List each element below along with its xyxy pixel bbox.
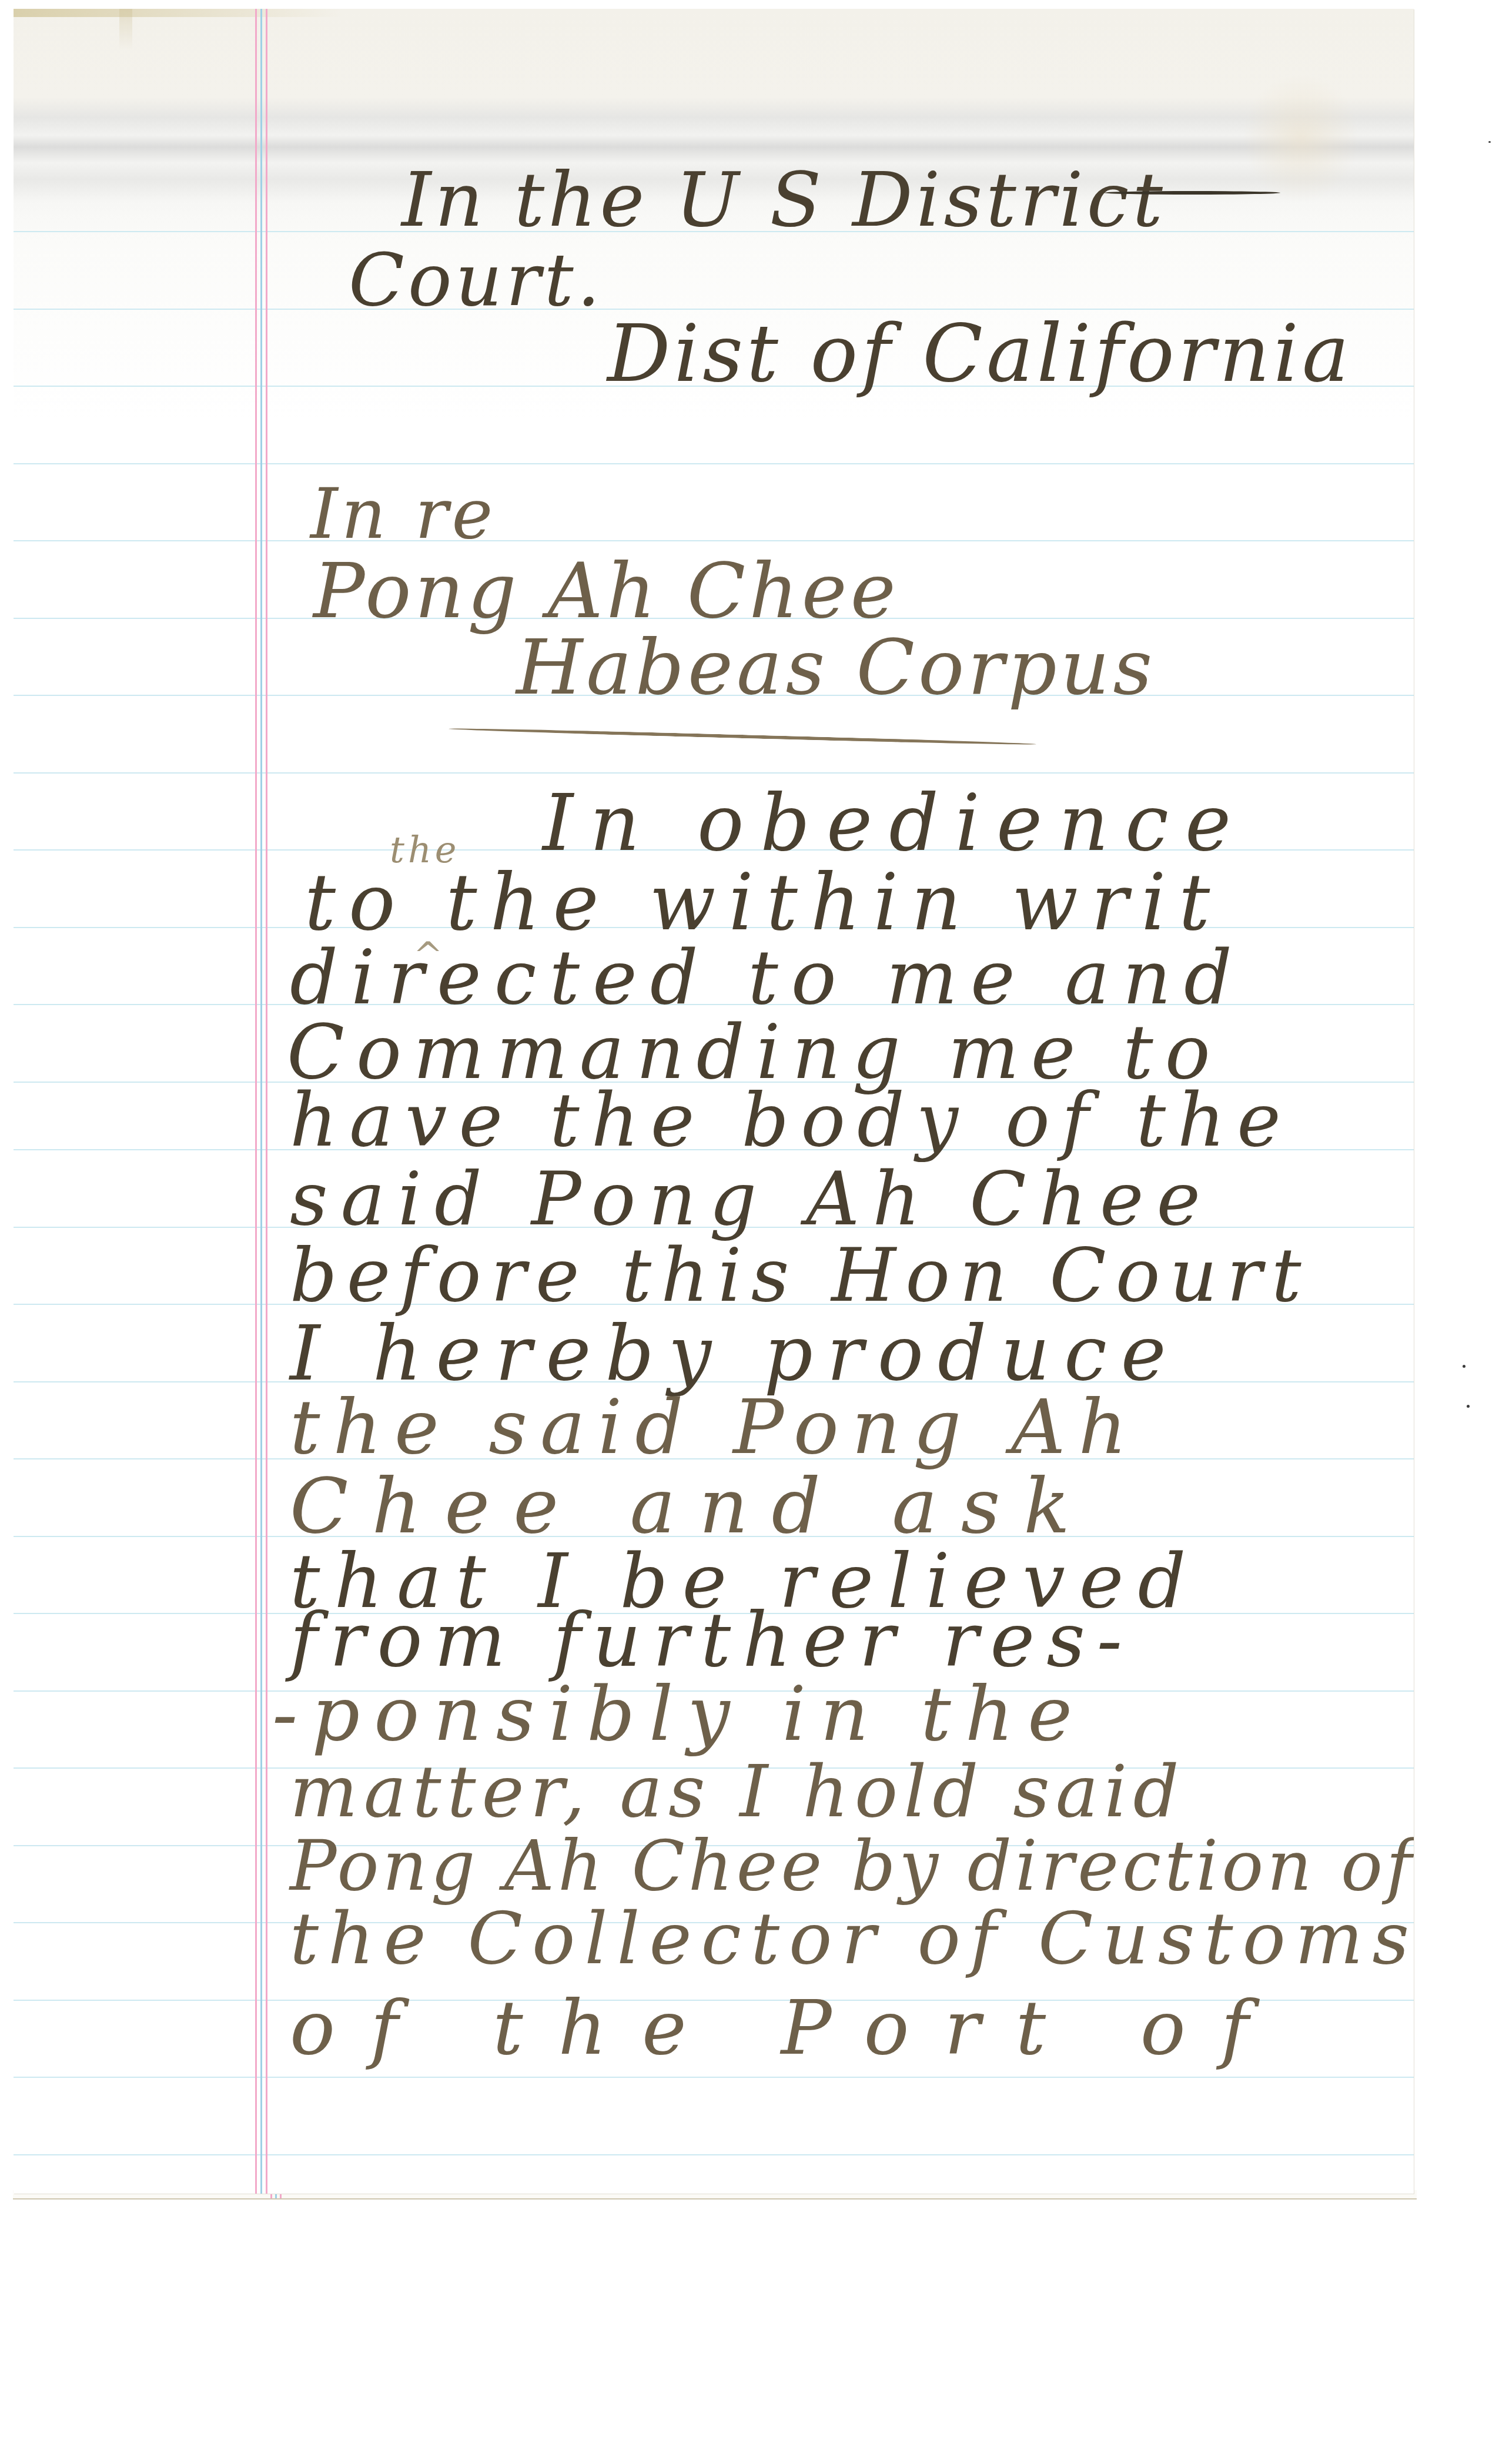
body-line-13: -ponsibly in the [272, 1677, 1086, 1752]
case-party-name: Pong Ah Chee [313, 553, 899, 629]
body-line-10: Chee and ask [290, 1468, 1093, 1544]
ruled-line [14, 2077, 1414, 2078]
margin-line-pink-left [255, 9, 257, 2194]
case-in-re: In re [310, 479, 496, 548]
ruled-line [14, 540, 1414, 541]
margin-line-pink-right [266, 9, 267, 2194]
body-line-5: have the body of the [290, 1083, 1293, 1157]
body-line-16: the Collector of Customs [290, 1903, 1414, 1974]
body-line-14: matter, as I hold said [290, 1756, 1185, 1827]
case-matter: Habeas Corpus [516, 629, 1156, 705]
body-line-6: said Pong Ah Chee [290, 1162, 1213, 1236]
body-line-15: Pong Ah Chee by direction of [290, 1831, 1414, 1900]
body-line-3: directed to me and [290, 940, 1245, 1016]
ruled-line [14, 463, 1414, 464]
scan-speck [1463, 1365, 1465, 1368]
caption-line-court: In the U S District [401, 163, 1166, 238]
body-line-17: of the Port of [290, 1991, 1284, 2066]
ruled-line [14, 2154, 1414, 2155]
body-line-7: before this Hon Court [290, 1238, 1311, 1313]
paper-stain-drip [119, 9, 132, 50]
body-line-12: from further res- [290, 1603, 1134, 1678]
margin-line-blue [260, 9, 262, 2194]
caption-line-district: Dist of California [607, 314, 1353, 393]
scan-speck [1488, 141, 1491, 143]
caption-line-court-cont: Court. [349, 244, 604, 317]
ruled-line [14, 772, 1414, 774]
body-line-8: I hereby produce [290, 1315, 1180, 1391]
ruled-paper-sheet: In the U S District Court. Dist of Calif… [14, 9, 1414, 2194]
body-line-2: to the within writ [305, 864, 1223, 942]
paper-stain-top [14, 9, 343, 17]
scan-speck [1467, 1405, 1470, 1408]
caption-overline-flourish [1104, 191, 1280, 195]
body-line-9: the said Pong Ah [290, 1390, 1140, 1465]
paper-stain-right [1242, 73, 1360, 203]
case-underline-flourish [449, 727, 1036, 746]
body-line-1: In obedience [543, 785, 1247, 862]
